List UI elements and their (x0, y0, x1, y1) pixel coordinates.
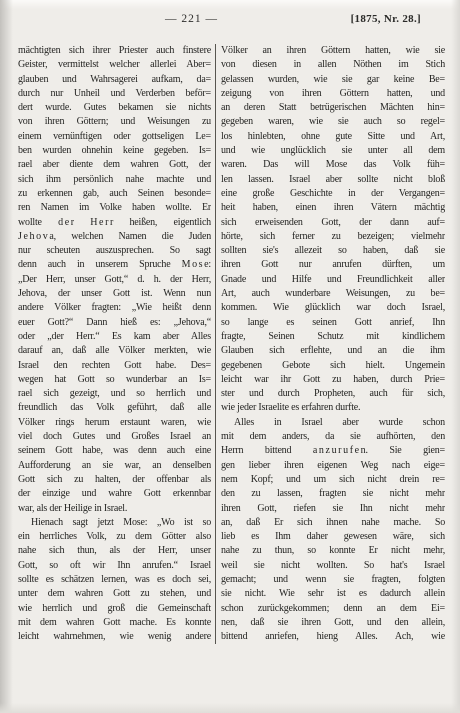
column-right: Völker an ihren Göttern hatten, wie siev… (216, 44, 445, 644)
text-line: Art, auch wunderbare Weisungen, zu be= (221, 287, 445, 301)
text-line: J e h o v a, welchen Namen die Juden (18, 230, 211, 244)
scan-edge-right (451, 0, 460, 713)
text-line: Hienach sagt jetzt Mose: „Wo ist so (18, 516, 211, 530)
text-line: nur scheuten auszusprechen. So sagt (18, 244, 211, 258)
text-line: rael sich gezeigt, und so herrlich und (18, 387, 211, 401)
text-line: zeigung von ihren Göttern hatten, und (221, 87, 445, 101)
text-line: sollte es schätzen lernen, was es doch s… (18, 573, 211, 587)
text-line: Aufforderung an sie war, an denselben (18, 459, 211, 473)
page-header: — 221 — [1875, Nr. 28.] (18, 13, 421, 29)
text-line: wie herrlich und groß die Gemeinschaft (18, 602, 211, 616)
scan-edge-left (0, 0, 13, 713)
text-line: darauf an, daß alle Völker merkten, wie (18, 344, 211, 358)
text-line: Gnade und Hilfe und Freundlichkeit aller (221, 273, 445, 287)
text-line: durch nur Unheil und Verderben beför= (18, 87, 211, 101)
text-line: sie nicht. Wie sehr ist es dadurch allei… (221, 587, 445, 601)
text-line: sollten sie's allezeit so haben, daß sie (221, 244, 445, 258)
text-line: „Der Herr, unser Gott,“ d. h. der Herr, (18, 273, 211, 287)
text-line: von ihren Göttern; und Weisungen zu (18, 115, 211, 129)
text-line: rael aber diente dem wahren Gott, der (18, 158, 211, 172)
text-line: mit dem anders, da sie aufhörten, den (221, 430, 445, 444)
text-line: der einzige und wahre Gott erkennbar (18, 487, 211, 501)
text-line: lieb es Ihm daher gewesen wäre, sich (221, 530, 445, 544)
text-line: kommen. Wie glücklich war doch Israel, (221, 301, 445, 315)
text-line: Völker rings herum erstaunt waren, wie (18, 416, 211, 430)
text-line: schon zurückgekommen; denn an dem Ei= (221, 602, 445, 616)
text-line: heit haben, einen ihren Vätern mächtig (221, 201, 445, 215)
text-line: denn auch in unserem Spruche M o s e: (18, 258, 211, 272)
text-line: gegeben waren, wie sie auch so regel= (221, 115, 445, 129)
text-line: wollte d e r H e r r heißen, eigentlich (18, 216, 211, 230)
text-line: wie jeder Israelite es erfahren durfte. (221, 401, 445, 415)
text-line: Herrn bittend a n z u r u f e n. Sie gie… (221, 444, 445, 458)
text-line: nahe sich thun, als der Herr, unser (18, 544, 211, 558)
text-line: oder „der Herr.“ Es kam aber Alles (18, 330, 211, 344)
text-line: fragte, Seinen Schutz mit kindlichem (221, 330, 445, 344)
text-line: Jehova, der unser Gott ist. Wenn nun (18, 287, 211, 301)
text-line: sich ihm persönlich nahe machte und (18, 173, 211, 187)
text-line: waren. Das will Mose das Volk füh= (221, 158, 445, 172)
text-line: unter dem wahren Gott zu stehen, und (18, 587, 211, 601)
text-line: eine große Geschichte in der Vergangen= (221, 187, 445, 201)
text-line: Israel den rechten Gott habe. Des= (18, 359, 211, 373)
text-line: ein herrliches Volk, zu dem Götter also (18, 530, 211, 544)
text-line: andere Völker fragten: „Wie heißt denn (18, 301, 211, 315)
text-line: nen, daß sie ihren Gott, und den allein, (221, 616, 445, 630)
text-line: Alles in Israel aber wurde schon (221, 416, 445, 430)
text-line: sich erweisenden Gott, der dann auf= (221, 216, 445, 230)
text-line: Geister, vermittelst welcher allerlei Ab… (18, 58, 211, 72)
text-line: an deren Statt betrügerischen Mächten hi… (221, 101, 445, 115)
text-line: len lassen. Israel aber sollte nicht blo… (221, 173, 445, 187)
text-line: los hinlebten, ohne gute Sitte und Art, (221, 130, 445, 144)
text-line: nahe zu thun, so konnte Er nicht mehr, (221, 544, 445, 558)
scan-edge-top (0, 0, 460, 9)
text-line: glauben und Wahrsagerei aufkam, da= (18, 73, 211, 87)
text-line: weil sie nicht wollten. So hat's Israel (221, 559, 445, 573)
text-line: wegen hat Gott so wunderbar an Is= (18, 373, 211, 387)
text-line: euer Gott?“ Dann hieß es: „Jehova,“ (18, 316, 211, 330)
text-line: so lange es seinen Gott anrief, Ihn (221, 316, 445, 330)
text-line: leicht wahrnehmen, wie wenig andere (18, 630, 211, 644)
text-line: seinem Gott habe, was denn auch eine (18, 444, 211, 458)
text-line: gelassen wurden, wie sie gar keine Be= (221, 73, 445, 87)
text-line: Gott, so oft wir Ihn anrufen.“ Israel (18, 559, 211, 573)
text-line: bittend anriefen, hieng Alles. Ach, wie (221, 630, 445, 644)
text-line: Gott sich zu halten, der offenbar als (18, 473, 211, 487)
text-line: und wie unglücklich sie unter all dem (221, 144, 445, 158)
text-line: Völker an ihren Göttern hatten, wie sie (221, 44, 445, 58)
text-line: von diesen in allen Nöthen im Stich (221, 58, 445, 72)
text-line: ster und durch Propheten, auch für sich, (221, 387, 445, 401)
text-line: mächtigten sich ihrer Priester auch fins… (18, 44, 211, 58)
text-line: hörte, sich ferner zu bezeigen; vielmehr (221, 230, 445, 244)
text-line: gemacht; und wenn sie fragten, folgten (221, 573, 445, 587)
scan-edge-bottom (0, 703, 460, 713)
text-block: mächtigten sich ihrer Priester auch fins… (18, 44, 445, 644)
text-line: viel doch Gutes und Großes Israel an (18, 430, 211, 444)
text-line: leicht war ihr Gott zu haben, durch Prie… (221, 373, 445, 387)
text-line: ihren Gott, riefen sie Ihn nicht mehr (221, 502, 445, 516)
text-line: dert wurde. Gutes bekamen sie nichts (18, 101, 211, 115)
text-line: Glauben sich erflehte, und an die ihm (221, 344, 445, 358)
text-line: mit dem wahren Gott mache. Es konnte (18, 616, 211, 630)
issue-mark: [1875, Nr. 28.] (351, 13, 421, 25)
text-line: war, als der Heilige in Israel. (18, 502, 211, 516)
text-line: ihren Gott nur anrufen dürften, um (221, 258, 445, 272)
text-line: einem vernünftigen oder gottseligen Le= (18, 130, 211, 144)
text-line: den zu lassen, fragten sie nicht mehr (221, 487, 445, 501)
text-line: nem Kopf; und um sich nicht drein re= (221, 473, 445, 487)
column-left: mächtigten sich ihrer Priester auch fins… (18, 44, 215, 644)
scanned-book-page: { "page": { "number_display": "— 221 —",… (0, 0, 460, 713)
text-line: freundlich das Volk geführt, daß alle (18, 401, 211, 415)
text-line: gen lieber ihren eigenen Weg nach eige= (221, 459, 445, 473)
text-line: ben wurden ohnehin keine gegeben. Is= (18, 144, 211, 158)
text-line: zu erkennen gab, auch Seinen besonde= (18, 187, 211, 201)
text-line: ren Namen im Volke haben wollte. Er (18, 201, 211, 215)
text-line: gegebenen Gebote sich hielt. Ungemein (221, 359, 445, 373)
page-number: — 221 — (18, 13, 365, 25)
text-line: an, daß Er sich ihnen nahe mache. So (221, 516, 445, 530)
